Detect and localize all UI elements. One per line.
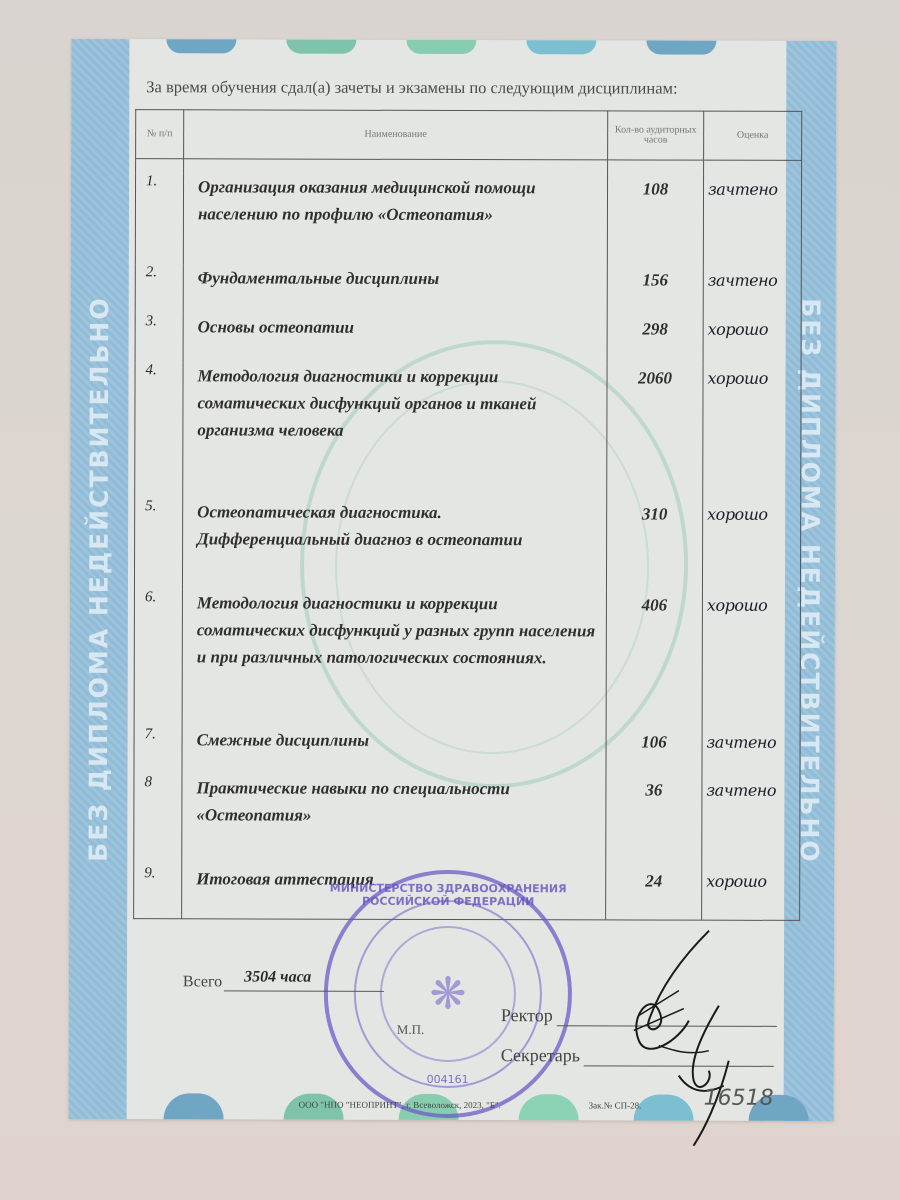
- wave-ornament: [519, 1094, 579, 1120]
- table-row: 4.Методология диагностики и коррекции со…: [135, 362, 801, 500]
- row-number: 5.: [134, 498, 182, 589]
- official-stamp: МИНИСТЕРСТВО ЗДРАВООХРАНЕНИЯ РОССИЙСКОЙ …: [324, 870, 573, 1119]
- hours-value: 298: [607, 314, 703, 363]
- discipline-name: Методология диагностики и коррекции сома…: [183, 362, 607, 500]
- discipline-name: Фундаментальные дисциплины: [183, 264, 607, 314]
- table-row: 8Практические навыки по специальности «О…: [134, 775, 800, 868]
- row-number: 7.: [134, 726, 182, 775]
- header-no: № п/п: [136, 110, 184, 159]
- grades-table: № п/п Наименование Кол-во аудиторных час…: [133, 109, 802, 921]
- left-security-band: БЕЗ ДИПЛОМА НЕДЕЙСТВИТЕЛЬНО: [69, 39, 130, 1119]
- order-number: Зак.№ СП-28.: [589, 1100, 642, 1110]
- table-row: 6.Методология диагностики и коррекции со…: [134, 589, 800, 727]
- row-number: 2.: [135, 264, 183, 313]
- stamp-number: 004161: [328, 1073, 568, 1087]
- wave-ornament: [406, 40, 476, 54]
- hours-value: 310: [606, 500, 702, 591]
- table-row: 1.Организация оказания медицинской помощ…: [135, 173, 801, 266]
- table-header-row: № п/п Наименование Кол-во аудиторных час…: [136, 110, 802, 161]
- hours-value: 106: [606, 727, 702, 776]
- grade-value: хорошо: [702, 867, 800, 916]
- row-number: 1.: [135, 173, 183, 264]
- row-number: 4.: [135, 362, 183, 499]
- printer-info: ООО "НПО "НЕОПРИНТ", г. Всеволожск, 2023…: [299, 1100, 501, 1111]
- eagle-emblem-icon: ❋: [429, 968, 466, 1019]
- grade-value: хорошо: [702, 500, 800, 591]
- hours-value: 2060: [607, 363, 703, 500]
- row-number: 6.: [134, 589, 182, 726]
- hours-value: 36: [606, 776, 702, 867]
- discipline-name: Смежные дисциплины: [182, 726, 606, 776]
- secretary-label: Секретарь: [501, 1045, 580, 1065]
- grade-value: зачтено: [702, 776, 800, 867]
- total-value: 3504 часа: [244, 968, 311, 986]
- wave-ornament: [646, 41, 716, 55]
- header-name: Наименование: [184, 110, 608, 160]
- table-row: 2.Фундаментальные дисциплины156зачтено: [135, 264, 801, 315]
- discipline-name: Методология диагностики и коррекции сома…: [182, 589, 606, 727]
- row-number: 8: [134, 775, 182, 866]
- left-band-text: БЕЗ ДИПЛОМА НЕДЕЙСТВИТЕЛЬНО: [84, 296, 114, 862]
- wave-ornament: [286, 40, 356, 54]
- row-number: 9.: [134, 866, 182, 915]
- grade-value: хорошо: [702, 591, 800, 728]
- grade-value: зачтено: [702, 727, 800, 776]
- hours-value: 156: [607, 265, 703, 314]
- grade-value: хорошо: [703, 363, 801, 500]
- table-row: 3.Основы остеопатии298хорошо: [135, 313, 801, 364]
- row-number: 3.: [135, 313, 183, 362]
- rector-label: Ректор: [501, 1005, 553, 1025]
- wave-ornament: [164, 1093, 224, 1119]
- grade-value: хорошо: [703, 314, 801, 363]
- discipline-name: Основы остеопатии: [183, 313, 607, 363]
- total-hours: Всего3504 часа: [183, 972, 384, 992]
- grades-body: 1.Организация оказания медицинской помощ…: [134, 159, 802, 921]
- hours-value: 108: [607, 174, 703, 265]
- wave-ornament: [526, 40, 596, 54]
- grade-value: зачтено: [703, 175, 801, 266]
- table-row: 7.Смежные дисциплины106зачтено: [134, 726, 800, 777]
- wave-ornament: [166, 39, 236, 53]
- hours-value: 406: [606, 590, 702, 727]
- header-hours: Кол-во аудиторных часов: [608, 111, 704, 160]
- total-label: Всего: [183, 973, 222, 990]
- hours-value: 24: [606, 867, 702, 916]
- handwritten-serial: 16518: [704, 1086, 774, 1111]
- table-row: 5.Остеопатическая диагностика. Дифференц…: [134, 498, 800, 591]
- discipline-name: Организация оказания медицинской помощи …: [183, 173, 607, 265]
- discipline-name: Остеопатическая диагностика. Дифференциа…: [182, 498, 606, 590]
- stamp-text: МИНИСТЕРСТВО ЗДРАВООХРАНЕНИЯ РОССИЙСКОЙ …: [328, 882, 568, 909]
- secretary-signature: [649, 1001, 749, 1151]
- grade-value: зачтено: [703, 266, 801, 315]
- header-grade: Оценка: [704, 111, 802, 160]
- seal-place-label: М.П.: [397, 1022, 424, 1038]
- intro-text: За время обучения сдал(а) зачеты и экзам…: [146, 77, 677, 98]
- diploma-supplement-sheet: БЕЗ ДИПЛОМА НЕДЕЙСТВИТЕЛЬНО БЕЗ ДИПЛОМА …: [69, 39, 837, 1121]
- discipline-name: Практические навыки по специальности «Ос…: [182, 775, 606, 867]
